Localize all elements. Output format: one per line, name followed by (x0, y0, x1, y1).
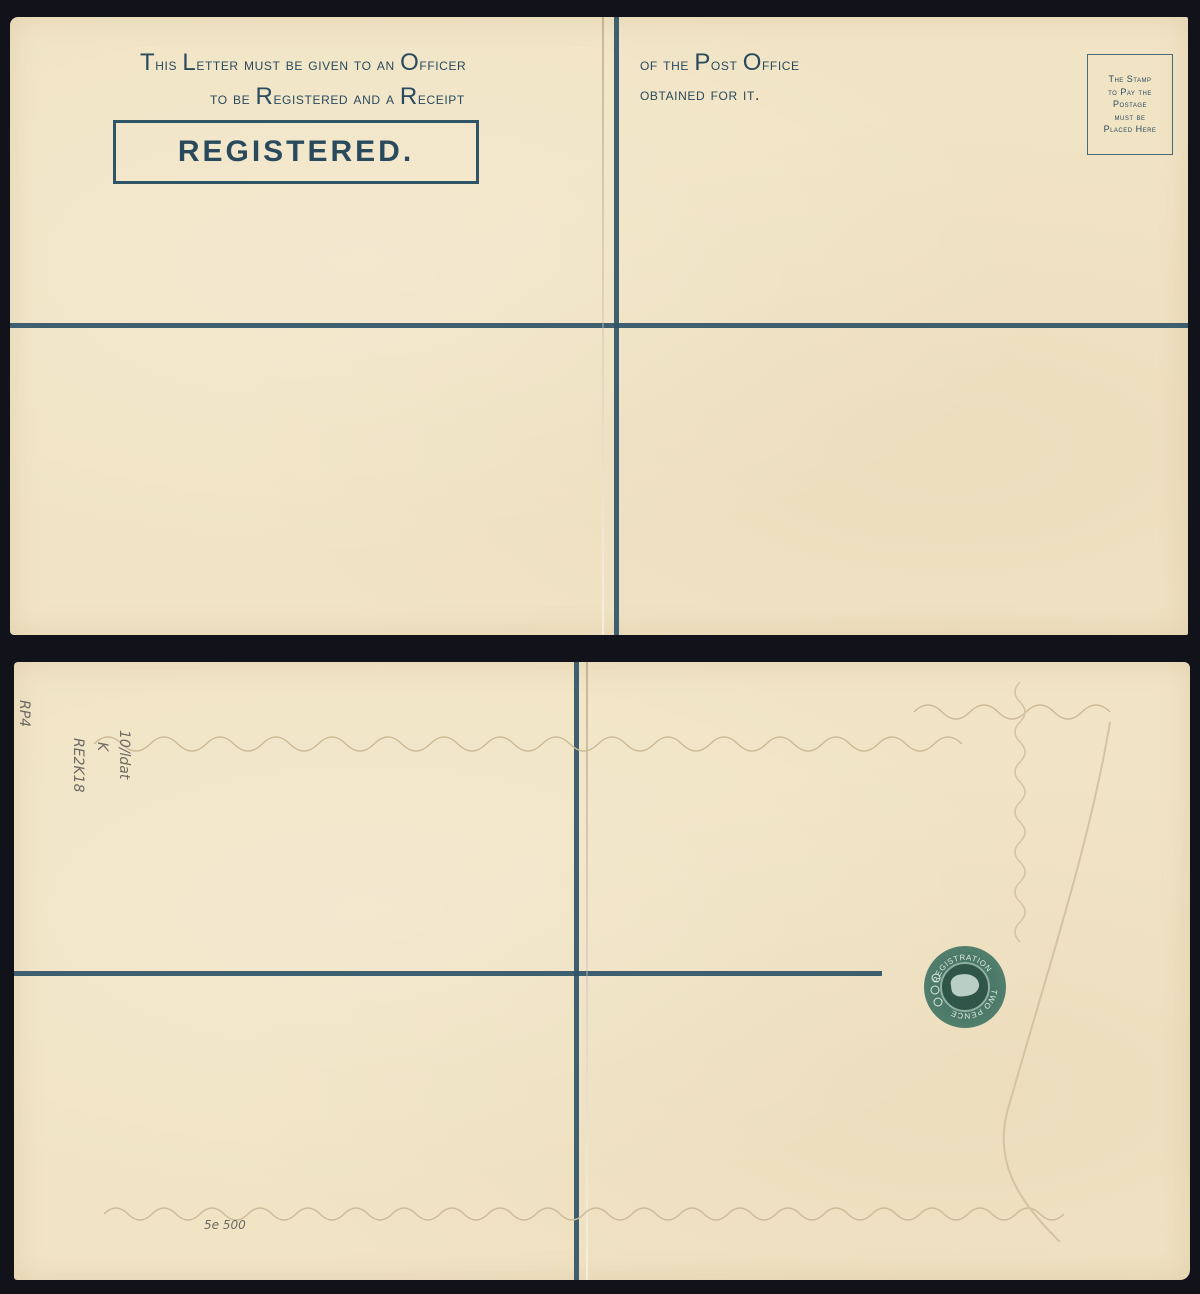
header-text-fragment: P (694, 49, 711, 76)
header-line-2: to be Registered and a Receipt (210, 83, 465, 111)
envelope-back: RP4 10/ldat K RE2K18 5e 500 (14, 662, 1190, 1280)
pencil-note: RP4 (16, 700, 32, 727)
header-text-fragment: T (140, 49, 155, 76)
svg-text:REGISTRATION: REGISTRATION (931, 953, 993, 984)
pencil-note: RE2K18 (70, 738, 86, 792)
indicium-lettering: REGISTRATION TWO PENCE (924, 946, 1006, 1028)
header-text-fragment: R (400, 83, 418, 110)
header-text-fragment: etter must be given to an (196, 55, 400, 74)
fold-crease (602, 17, 604, 635)
pencil-note: K (94, 742, 110, 751)
registered-box: REGISTERED. (113, 120, 479, 184)
envelope-front: This Letter must be given to an Officer … (10, 17, 1188, 635)
stamp-box-line: must be (1114, 111, 1145, 124)
header-text-fragment: to be (210, 89, 256, 108)
stamp-box-line: Placed Here (1104, 123, 1157, 136)
pencil-note: 10/ldat (116, 730, 132, 779)
svg-text:TWO PENCE: TWO PENCE (949, 989, 999, 1021)
stamp-placement-box: The Stamp to Pay the Postage must be Pla… (1087, 54, 1173, 155)
registered-label: REGISTERED. (178, 135, 414, 169)
pencil-note: 5e 500 (204, 1218, 246, 1232)
header-text-fragment: O (400, 49, 419, 76)
header-text-fragment: O (743, 49, 762, 76)
header-line-3: of the Post Office (640, 49, 800, 77)
stamp-box-line: The Stamp (1108, 73, 1151, 86)
header-text-fragment: egistered and a (273, 89, 399, 108)
header-text-fragment: ost (711, 55, 743, 74)
header-text-fragment: eceipt (418, 89, 465, 108)
header-line-4: obtained for it. (640, 85, 760, 105)
header-text-fragment: ffice (762, 55, 800, 74)
stamp-box-line: Postage (1113, 98, 1147, 111)
header-text-fragment: fficer (419, 55, 466, 74)
registration-indicium-stamp: REGISTRATION TWO PENCE (924, 946, 1006, 1028)
header-text-fragment: R (256, 83, 274, 110)
stamp-box-line: to Pay the (1108, 86, 1152, 99)
header-text-fragment: of the (640, 55, 694, 74)
header-line-1: This Letter must be given to an Officer (140, 49, 466, 77)
registration-line-horizontal (10, 323, 1188, 328)
header-text-fragment: L (182, 49, 196, 76)
registration-line-horizontal (14, 971, 882, 976)
header-text-fragment: his (155, 55, 182, 74)
